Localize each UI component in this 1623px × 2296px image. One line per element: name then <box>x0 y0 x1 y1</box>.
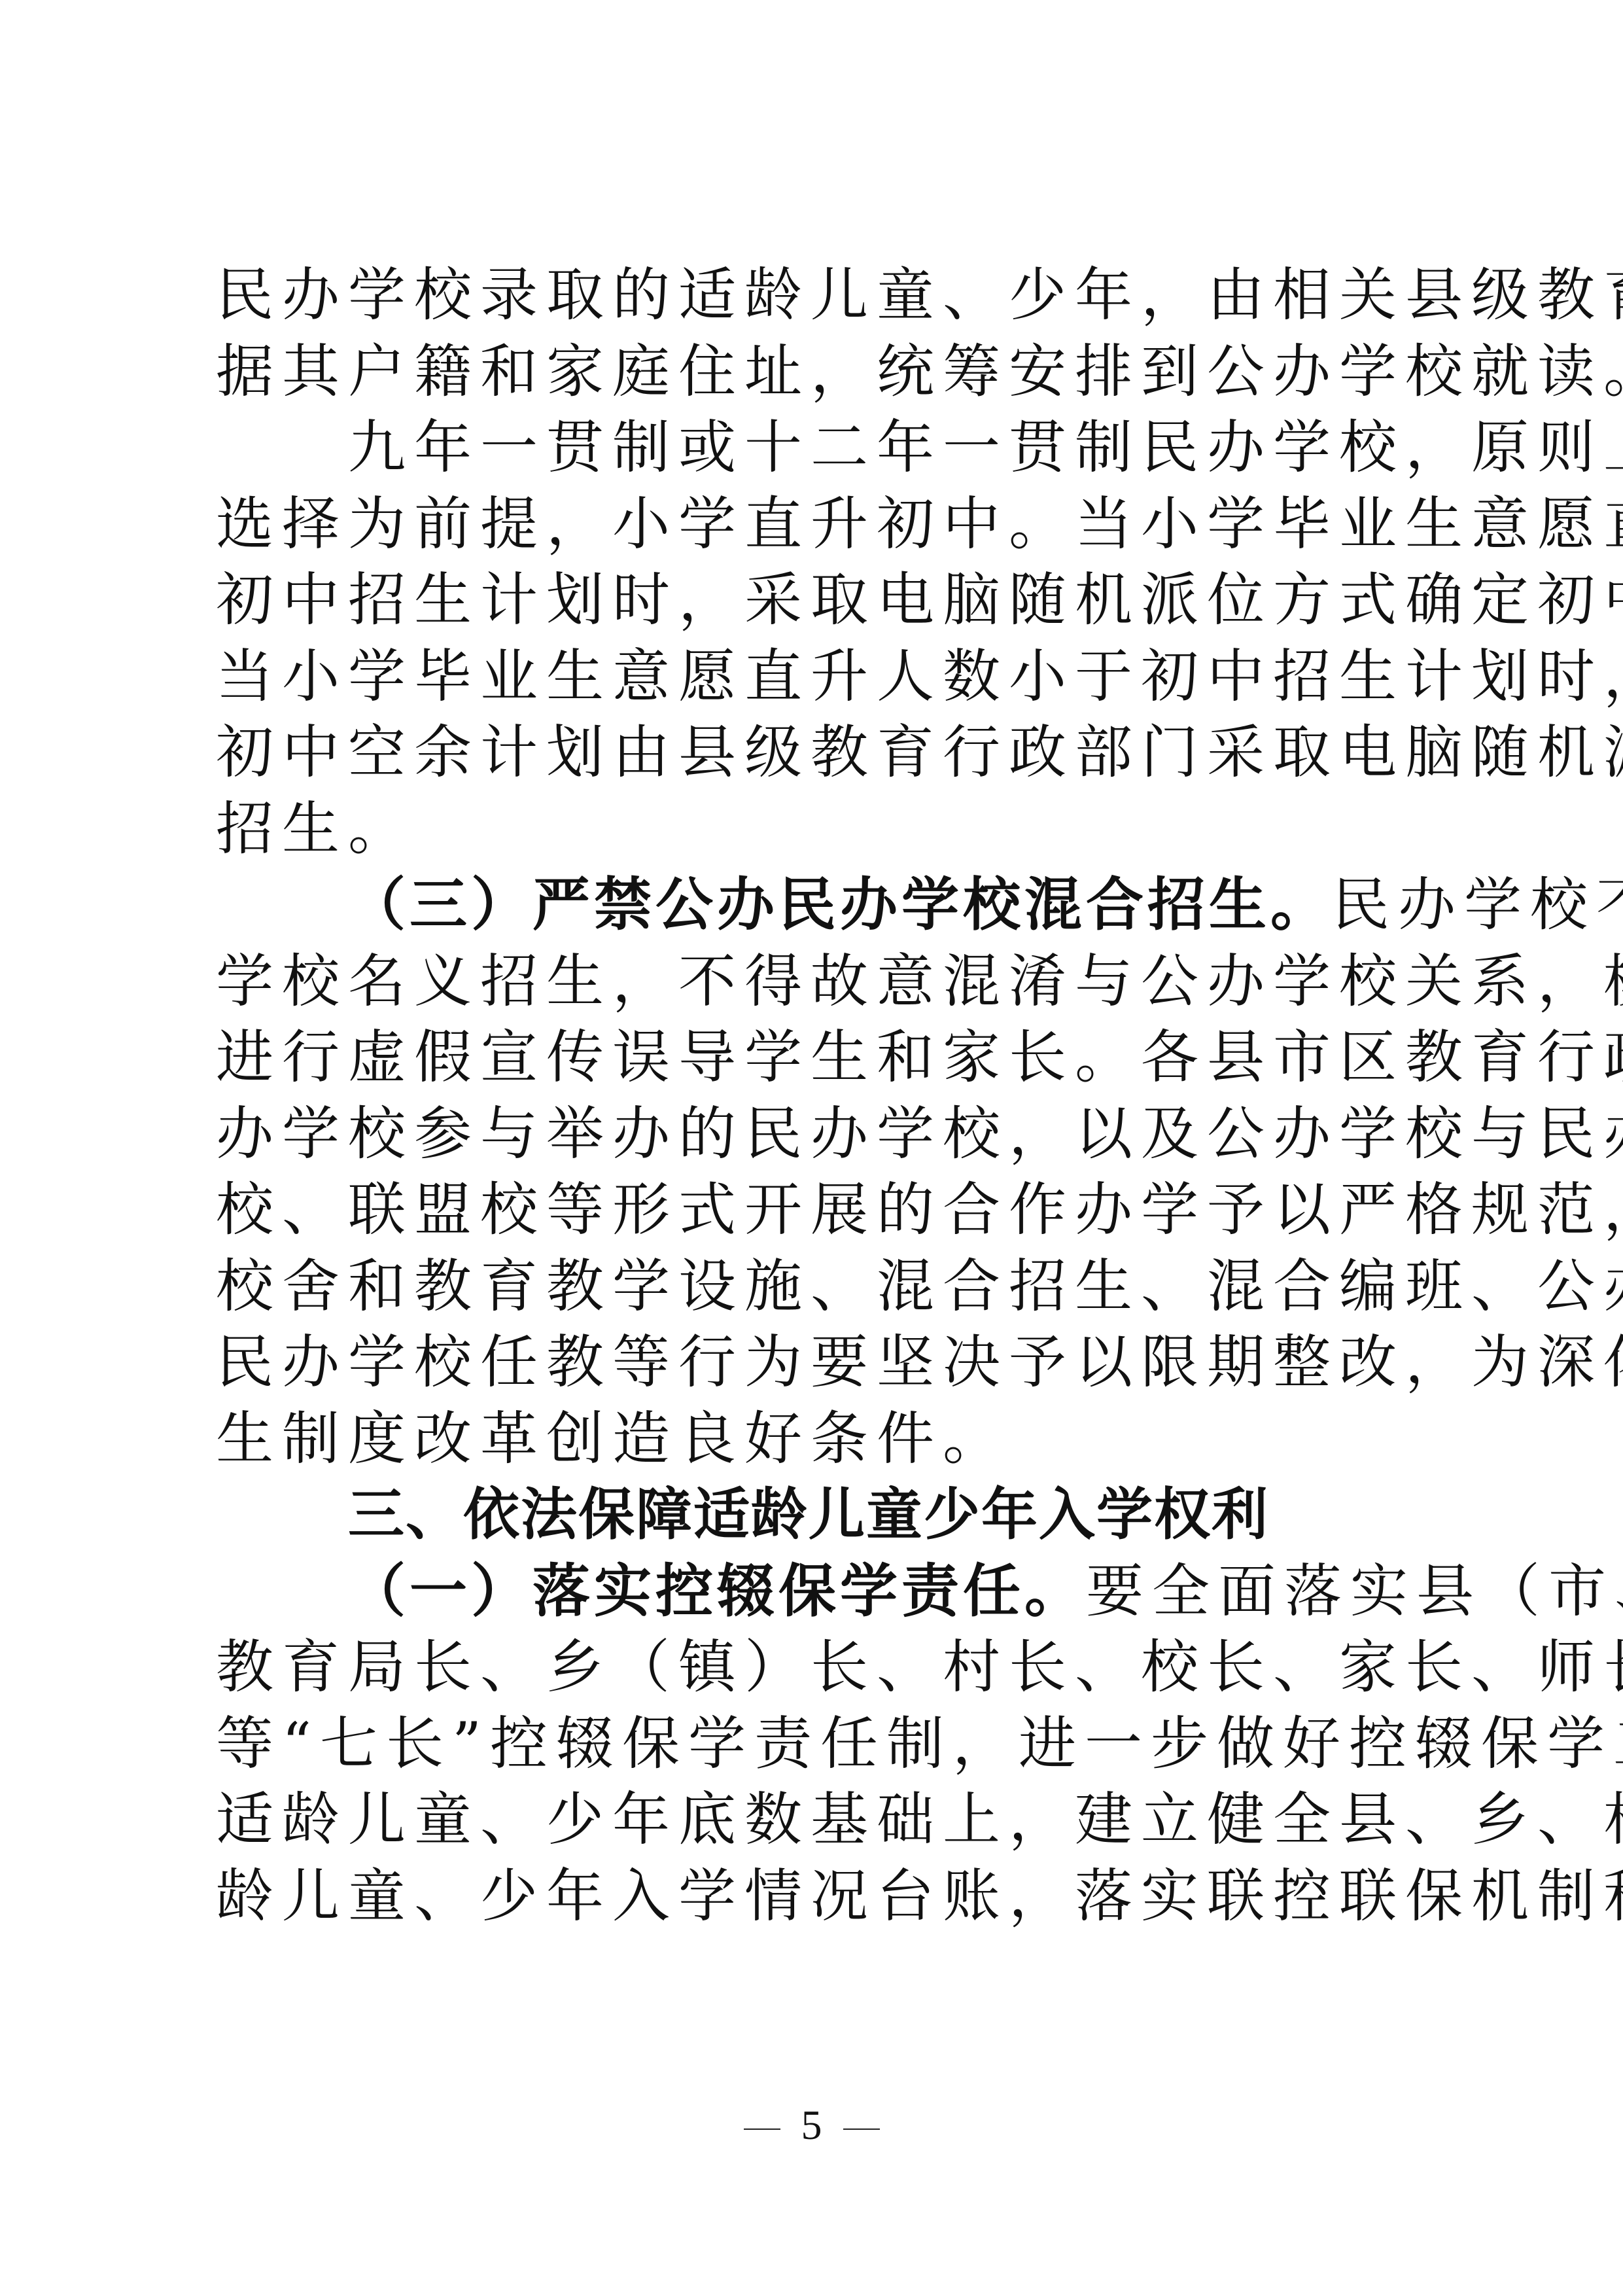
paragraph-line: 校舍和教育教学设施、混合招生、混合编班、公办教师长期在 <box>216 1248 1408 1325</box>
paragraph-text: 要全面落实县（市、区）长、 <box>1086 1557 1623 1625</box>
paragraph-line: 龄儿童、少年入学情况台账，落实联控联保机制和动态监测机 <box>216 1858 1408 1935</box>
dash-left-icon <box>744 2128 780 2130</box>
paragraph-text: 民办学校不得借公办 <box>1332 871 1623 938</box>
subsection-title: （一）落实控辍保学责任。 <box>348 1557 1086 1625</box>
subsection-title: （三）严禁公办民办学校混合招生。 <box>348 871 1332 938</box>
paragraph-line: 九年一贯制或十二年一贯制民办学校，原则上以学生自愿 <box>216 410 1408 486</box>
page-footer: 5 <box>0 2099 1623 2151</box>
paragraph-line: 初中空余计划由县级教育行政部门采取电脑随机派位方式组织 <box>216 715 1408 791</box>
paragraph-line: 适龄儿童、少年底数基础上，建立健全县、乡、村、校4本适 <box>216 1782 1408 1858</box>
paragraph-line: 进行虚假宣传误导学生和家长。各县市区教育行政部门要对公 <box>216 1019 1408 1096</box>
paragraph-line: 学校名义招生，不得故意混淆与公办学校关系，模糊办学主体， <box>216 944 1408 1020</box>
paragraph-line: 选择为前提，小学直升初中。当小学毕业生意愿直升人数大于 <box>216 486 1408 563</box>
paragraph-first-line: （三）严禁公办民办学校混合招生。民办学校不得借公办 <box>216 867 1408 944</box>
paragraph-line: 招生。 <box>216 791 1408 868</box>
paragraph-line: 初中招生计划时，采取电脑随机派位方式确定初中招生结果； <box>216 562 1408 639</box>
paragraph-line: 据其户籍和家庭住址，统筹安排到公办学校就读。 <box>216 334 1408 410</box>
paragraph-line: 教育局长、乡（镇）长、村长、校长、家长、师长（班主任） <box>216 1629 1408 1706</box>
paragraph-line: 民办学校录取的适龄儿童、少年，由相关县级教育行政部门依 <box>216 257 1408 334</box>
section-heading: 三、依法保障适龄儿童少年入学权利 <box>216 1477 1408 1553</box>
dash-right-icon <box>843 2128 880 2130</box>
page-number: 5 <box>801 2102 822 2148</box>
paragraph-line: 生制度改革创造良好条件。 <box>216 1401 1408 1477</box>
paragraph-first-line: （一）落实控辍保学责任。要全面落实县（市、区）长、 <box>216 1553 1408 1630</box>
paragraph-line: 校、联盟校等形式开展的合作办学予以严格规范，对违规共用 <box>216 1172 1408 1248</box>
paragraph-line: 办学校参与举办的民办学校，以及公办学校与民办学校以集团 <box>216 1096 1408 1173</box>
document-body: 民办学校录取的适龄儿童、少年，由相关县级教育行政部门依 据其户籍和家庭住址，统筹… <box>216 257 1408 1934</box>
paragraph-line: 当小学毕业生意愿直升人数小于初中招生计划时，应全部录取， <box>216 639 1408 715</box>
paragraph-line: 民办学校任教等行为要坚决予以限期整改，为深化民办学校招 <box>216 1324 1408 1401</box>
paragraph-line: 等“七长”控辍保学责任制，进一步做好控辍保学工作。在摸清 <box>216 1706 1408 1782</box>
